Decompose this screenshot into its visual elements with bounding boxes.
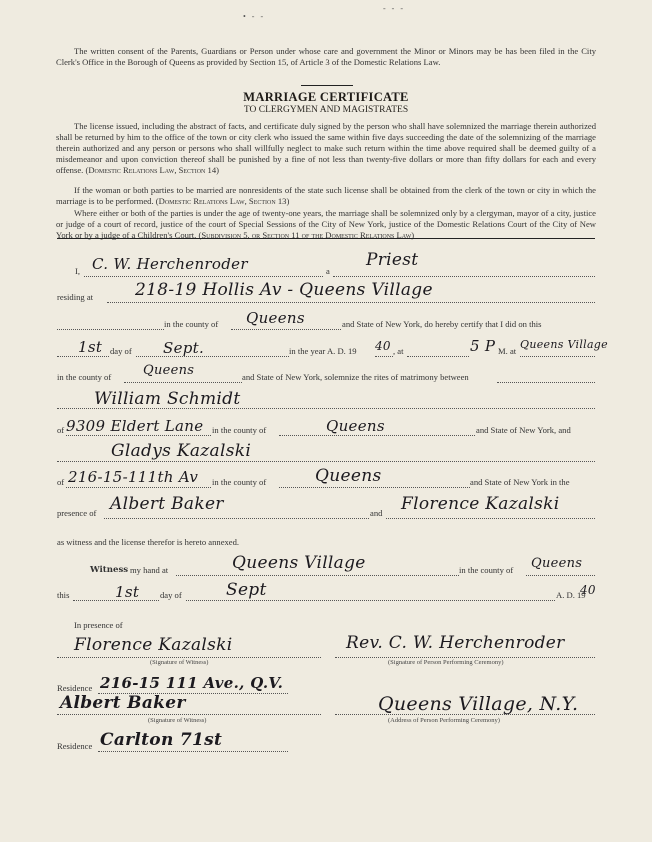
- certificate-subtitle: TO CLERGYMEN AND MAGISTRATES: [0, 105, 652, 115]
- place-field: Queens Village: [520, 338, 608, 351]
- label-state-certify: and State of New York, do hereby certify…: [342, 319, 542, 329]
- certificate-title: MARRIAGE CERTIFICATE: [0, 90, 652, 105]
- divider-short: [301, 85, 353, 86]
- label-i: I,: [75, 266, 80, 276]
- year-field: 40: [375, 339, 391, 353]
- signed-month-line: [186, 600, 555, 601]
- officiant-title-line: [333, 276, 595, 277]
- label-of: of: [57, 425, 64, 435]
- bride-name-line: [57, 461, 595, 462]
- scan-speck: • - -: [243, 12, 265, 21]
- label-in-county: in the county of: [212, 425, 266, 435]
- marriage-certificate-page: • - - - - - The written consent of the P…: [0, 0, 652, 842]
- ceremony-county-line: [124, 382, 242, 383]
- label-of: of: [57, 477, 64, 487]
- bride-county-field: Queens: [315, 466, 381, 486]
- label-a: a: [326, 266, 330, 276]
- blank-line: [497, 382, 595, 383]
- witness2-residence-line: [98, 751, 288, 752]
- witness-county-line: [526, 575, 595, 576]
- witness1-line: [104, 518, 369, 519]
- label-witness: Witness: [90, 565, 128, 575]
- witness-signature-1: Florence Kazalski: [74, 635, 233, 655]
- caption-signature-witness: (Signature of Witness): [148, 717, 206, 724]
- caption-signature-witness: (Signature of Witness): [150, 659, 208, 666]
- groom-county-field: Queens: [326, 417, 385, 435]
- witness-sig1-line: [57, 657, 321, 658]
- divider-full: [57, 238, 595, 239]
- residence-line: [107, 302, 595, 303]
- label-at: , at: [393, 346, 404, 356]
- hand-at-line: [176, 575, 459, 576]
- officiant-address-field: Queens Village, N.Y.: [378, 693, 578, 715]
- signed-year-field: 40: [580, 583, 596, 597]
- bride-county-line: [279, 487, 470, 488]
- day-field: 1st: [78, 338, 102, 356]
- signed-day-field: 1st: [115, 583, 139, 601]
- groom-name-field: William Schmidt: [94, 389, 240, 409]
- witness-sig2-line: [57, 714, 321, 715]
- blank-line: [57, 329, 164, 330]
- label-day-of: day of: [110, 346, 132, 356]
- groom-county-line: [279, 435, 475, 436]
- officiant-title-field: Priest: [366, 250, 418, 270]
- consent-paragraph: The written consent of the Parents, Guar…: [56, 46, 596, 68]
- label-residence: Residence: [57, 741, 92, 751]
- scan-speck: - - -: [383, 4, 405, 13]
- witness2-field: Florence Kazalski: [401, 494, 560, 514]
- officiant-county-field: Queens: [246, 309, 305, 327]
- label-solemnize: and State of New York, solemnize the rit…: [242, 372, 469, 382]
- label-residing-at: residing at: [57, 292, 93, 302]
- label-my-hand-at: my hand at: [130, 565, 168, 575]
- label-in-presence-of: In presence of: [74, 620, 123, 630]
- witness-county-field: Queens: [531, 556, 582, 571]
- label-in-county: in the county of: [164, 319, 218, 329]
- label-state-and: and State of New York, and: [476, 425, 571, 435]
- officiant-residence-field: 218-19 Hollis Av - Queens Village: [135, 280, 433, 300]
- label-in-county: in the county of: [212, 477, 266, 487]
- groom-address-line: [66, 435, 211, 436]
- officiant-county-line: [231, 329, 341, 330]
- officiant-signature-line: [335, 657, 595, 658]
- label-residence: Residence: [57, 683, 92, 693]
- year-line: [375, 356, 393, 357]
- month-field: Sept.: [163, 339, 204, 357]
- label-and: and: [370, 508, 382, 518]
- place-line: [520, 356, 595, 357]
- bride-name-field: Gladys Kazalski: [111, 441, 251, 461]
- witness1-field: Albert Baker: [110, 494, 224, 514]
- label-day-of: day of: [160, 590, 182, 600]
- label-in-county: in the county of: [57, 372, 111, 382]
- caption-signature-performer: (Signature of Person Performing Ceremony…: [388, 659, 504, 666]
- instruction-paragraph-1: The license issued, including the abstra…: [56, 121, 596, 176]
- bride-address-field: 216-15-111th Av: [68, 468, 198, 486]
- ceremony-county-field: Queens: [143, 363, 194, 378]
- label-state-in-the: and State of New York in the: [470, 477, 570, 487]
- instruction-paragraph-2: If the woman or both parties to be marri…: [56, 185, 596, 207]
- bride-address-line: [66, 487, 211, 488]
- witness-signature-2: Albert Baker: [60, 693, 186, 713]
- witness2-residence-field: Carlton 71st: [100, 730, 222, 750]
- groom-address-field: 9309 Eldert Lane: [66, 417, 203, 435]
- day-line: [57, 356, 109, 357]
- caption-address-performer: (Address of Person Performing Ceremony): [388, 717, 500, 724]
- hand-at-field: Queens Village: [232, 553, 366, 573]
- instruction-paragraph-3: Where either or both of the parties is u…: [56, 208, 596, 241]
- month-line: [136, 356, 289, 357]
- time-field: 5 P: [470, 337, 495, 355]
- label-this: this: [57, 590, 69, 600]
- label-presence-of: presence of: [57, 508, 96, 518]
- officiant-name-field: C. W. Herchenroder: [92, 255, 248, 273]
- signed-month-field: Sept: [226, 580, 267, 600]
- label-m-at: M. at: [498, 346, 516, 356]
- label-in-year: in the year A. D. 19: [289, 346, 357, 356]
- label-in-county: in the county of: [459, 565, 513, 575]
- witness2-line: [386, 518, 595, 519]
- witness1-residence-field: 216-15 111 Ave., Q.V.: [100, 674, 283, 692]
- annexed-statement: as witness and the license therefor is h…: [57, 537, 239, 547]
- officiant-signature: Rev. C. W. Herchenroder: [346, 633, 565, 653]
- officiant-name-line: [84, 276, 323, 277]
- time-line: [407, 356, 469, 357]
